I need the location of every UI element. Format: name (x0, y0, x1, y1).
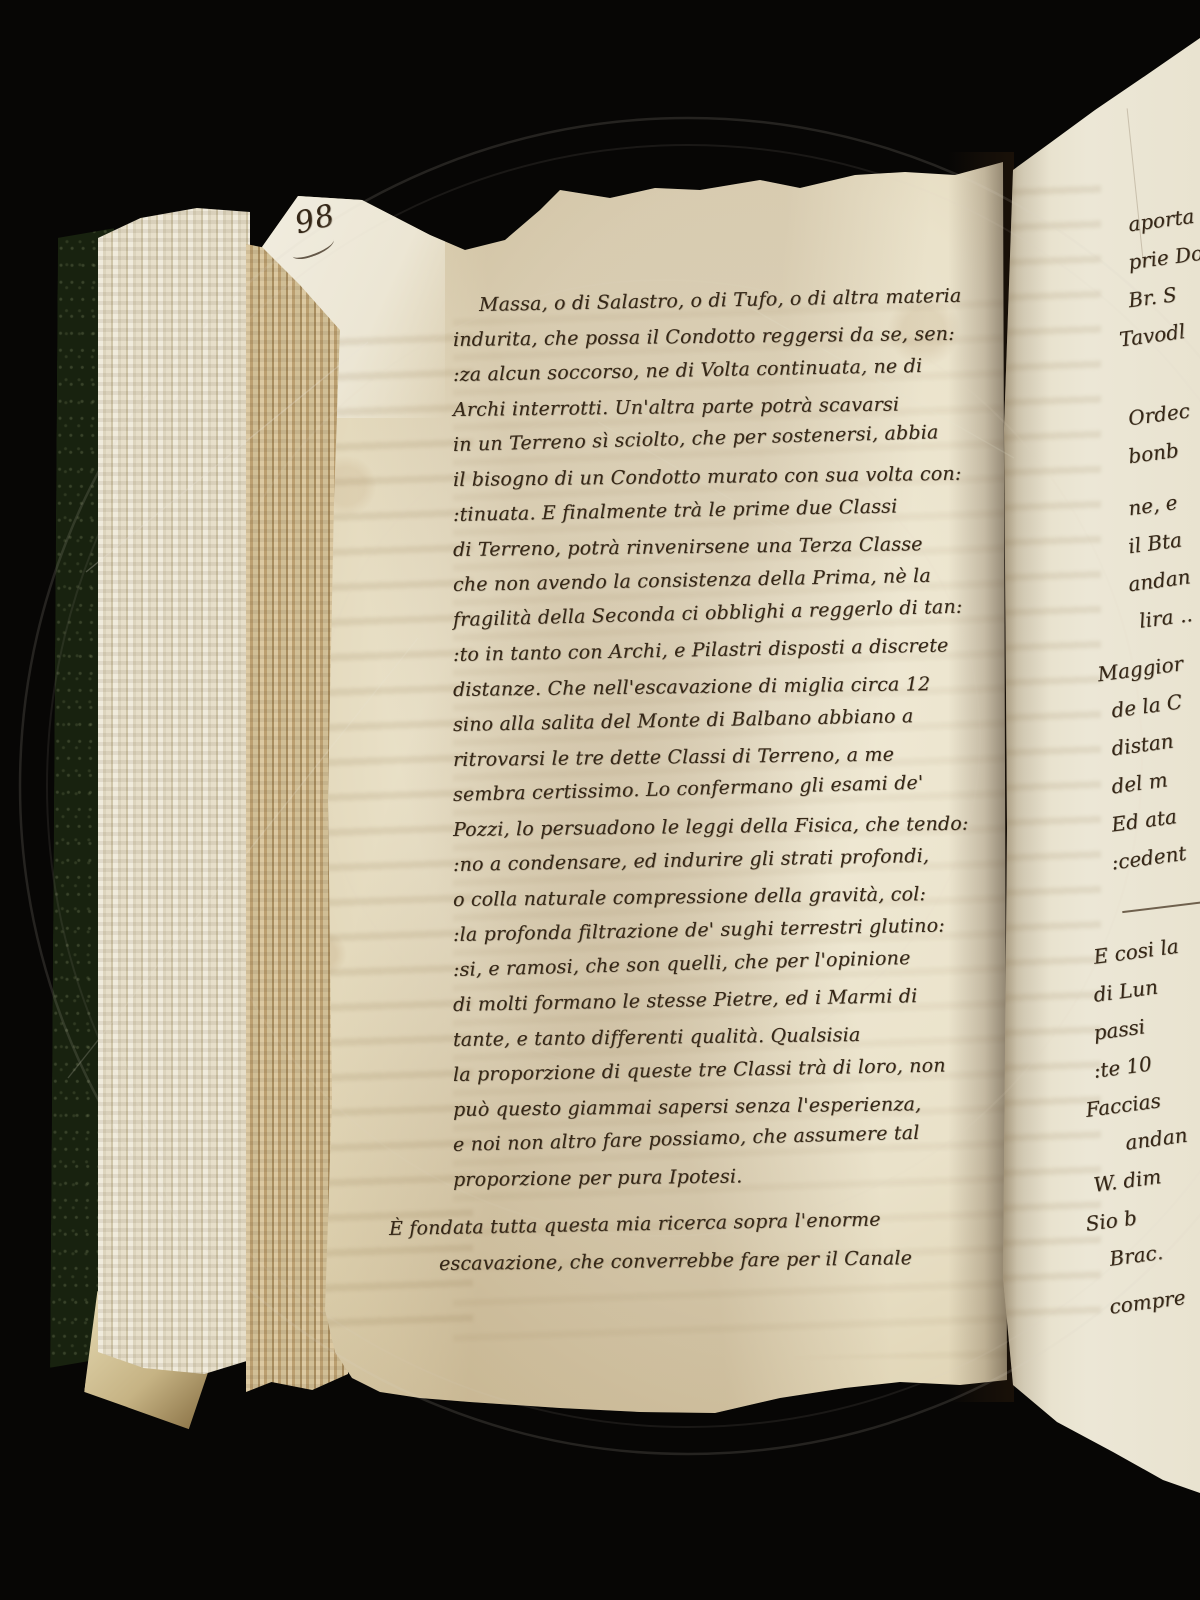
facing-page: aportaprie DoBr. STavodlOrdecbonbne, eil… (995, 28, 1200, 1503)
ink-bleedthrough (323, 318, 473, 1348)
manuscript-line: È fondata tutta questa mia ricerca sopra… (389, 1200, 1020, 1247)
manuscript-line: proporzione per pura Ipotesi. (453, 1156, 1019, 1198)
page-edges-stack (98, 202, 250, 1382)
manuscript-page: 98 Massa, o di Salastro, o di Tufo, o di… (255, 148, 1015, 1448)
manuscript-line: escavazione, che converrebbe fare per il… (439, 1240, 1019, 1282)
manuscript-text: Massa, o di Salastro, o di Tufo, o di al… (453, 288, 1019, 1282)
facing-page-text: aportaprie DoBr. STavodlOrdecbonbne, eil… (995, 223, 1200, 1341)
manuscript-photo: 98 Massa, o di Salastro, o di Tufo, o di… (0, 0, 1200, 1600)
